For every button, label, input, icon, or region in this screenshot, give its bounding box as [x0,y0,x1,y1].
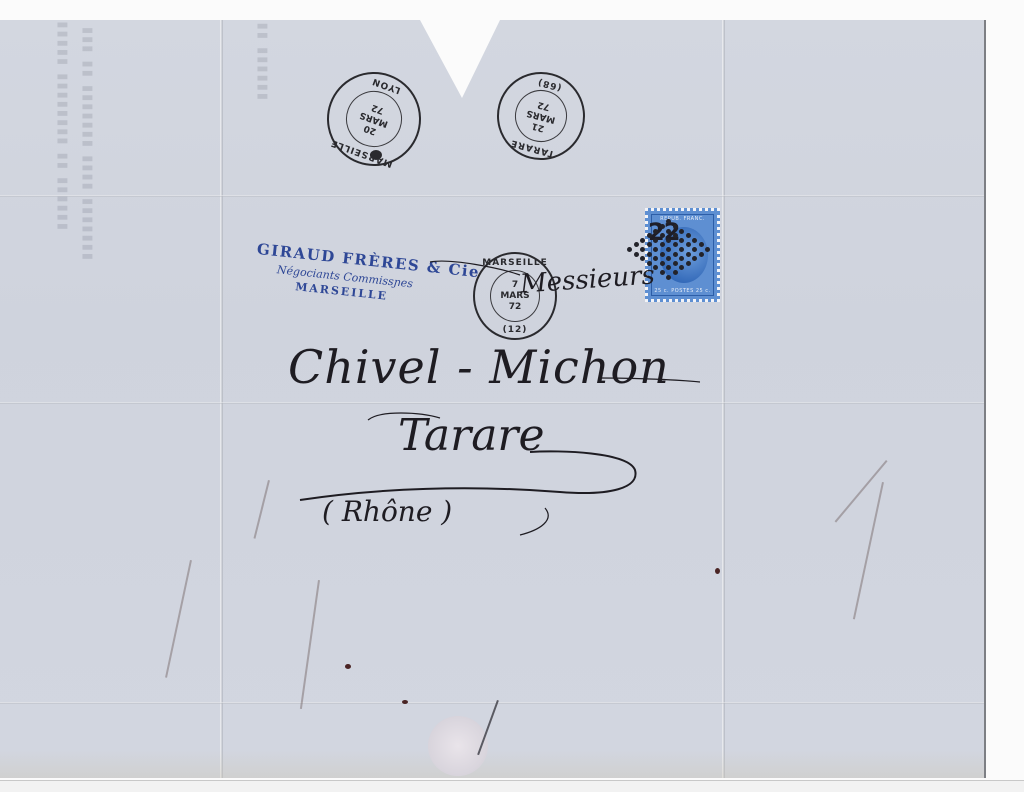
cancel-dot [679,229,684,234]
horizontal-fold [0,702,985,704]
cancel-dot [653,229,658,234]
cancel-dot [660,270,665,275]
cancel-dot [660,261,665,266]
cancel-dot [692,256,697,261]
cancel-dot [660,233,665,238]
cancel-dot [640,247,645,252]
cancel-dot [699,252,704,257]
cancel-dot [660,252,665,257]
scan-edge [0,780,1024,792]
cancel-dot [660,224,665,229]
cancel-dot [679,247,684,252]
pencil-mark [853,482,884,619]
cancel-dot [653,247,658,252]
vertical-fold [220,20,223,778]
cancel-dot [673,261,678,266]
cancel-dot [647,242,652,247]
cancel-dot [666,247,671,252]
cancel-dot [647,252,652,257]
cancel-dot [679,256,684,261]
cancel-dot [686,252,691,257]
cancel-dot [666,275,671,280]
cancel-dot [686,233,691,238]
cancel-dot [666,238,671,243]
cancel-dot [673,270,678,275]
cancel-dot [640,238,645,243]
show-through-text: ▮▮▮▮▮▮ ▮▮▮▮▮▮ [255,0,270,100]
cancel-dot [679,238,684,243]
cancel-dot [666,229,671,234]
horizontal-fold [0,402,985,404]
cancel-dot [673,242,678,247]
cancel-dot [653,238,658,243]
ink-spot [345,664,351,669]
cancel-dot [673,252,678,257]
cancel-dot [686,261,691,266]
cancel-dot [634,252,639,257]
cancel-dot [660,242,665,247]
cancel-dot [673,224,678,229]
ink-spot [402,700,408,704]
cancel-dot [627,247,632,252]
pencil-mark [165,560,191,678]
letter-sheet: ▮▮▮▮▮▮ ▮▮ ▮▮▮▮▮▮▮▮ ▮▮▮▮▮ ▮▮▮▮▮▮▮ ▮▮▮▮ ▮▮… [0,20,985,778]
pencil-mark [253,480,269,539]
cancel-dot [679,265,684,270]
pencil-mark [300,580,320,709]
vertical-fold [722,20,725,778]
cancel-dot [699,242,704,247]
horizontal-fold [0,195,985,197]
cancel-dot [666,265,671,270]
postmark-town: MARSEILLE [482,258,547,268]
cancel-dot [692,247,697,252]
cancel-dot [673,233,678,238]
address-recipient: Chivel - Michon [288,340,670,394]
address-region: ( Rhône ) [322,495,452,528]
cancel-dot [705,247,710,252]
stamp-bottom-text: 25 c. POSTES 25 c. [648,288,717,294]
cancel-dot [647,233,652,238]
cancel-dot [634,242,639,247]
ink-spot [715,568,720,574]
show-through-text: ▮▮▮▮▮▮ ▮▮ ▮▮▮▮▮▮▮▮ ▮▮▮▮▮ [55,19,70,230]
cancel-dot [686,242,691,247]
postmark-dept: (12) [503,325,528,335]
address-town: Tarare [398,410,545,461]
cancel-dot [692,238,697,243]
show-through-text: ▮▮▮▮▮▮▮ ▮▮▮▮ ▮▮▮▮▮▮▮ ▮▮ ▮▮▮ [80,25,95,260]
cancel-dot [666,256,671,261]
sheet-edge [984,20,986,778]
